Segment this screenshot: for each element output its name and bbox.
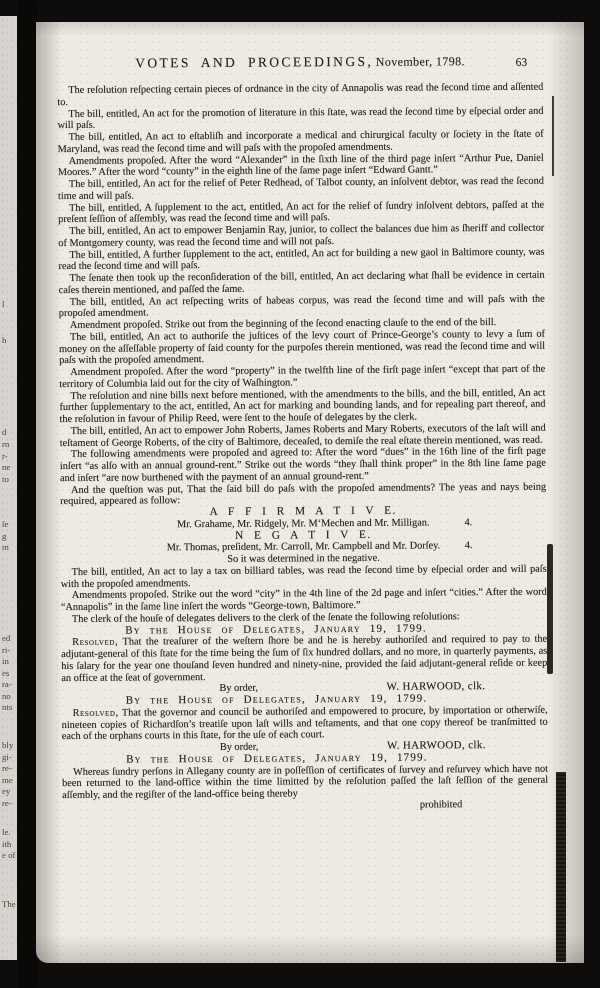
- facing-page-text-fragment: ed: [2, 634, 10, 643]
- vote-count: 4.: [465, 540, 473, 552]
- resolution-paragraph: Resolved, That the governor and council …: [62, 704, 548, 743]
- facing-page-text-fragment: rn: [2, 440, 9, 449]
- clerk-signature: W. HARWOOD, clk.: [387, 740, 486, 752]
- body-paragraph: The bill, entitled, An act to authoriſe …: [59, 328, 545, 367]
- body-paragraph: The following amendments were propoſed a…: [60, 446, 546, 485]
- page-body: The reſolution reſpecting certain pieces…: [57, 82, 548, 814]
- page-date: November, 1798.: [376, 54, 465, 69]
- scan-artifact-streak: [547, 544, 553, 674]
- page-title: VOTES AND PROCEEDINGS,: [135, 54, 373, 71]
- facing-page-text-fragment: ey: [2, 787, 10, 796]
- page-number: 63: [516, 58, 528, 70]
- facing-page-text-fragment: re-: [2, 764, 12, 773]
- body-paragraph: And the queſtion was put, That the ſaid …: [60, 481, 546, 508]
- facing-page-text-fragment: le.: [2, 828, 11, 837]
- facing-page-text-fragment: m: [2, 543, 9, 552]
- facing-page-text-fragment: e of: [2, 851, 15, 860]
- document-page: VOTES AND PROCEEDINGS, November, 1798. 6…: [36, 22, 584, 963]
- facing-page-text-fragment: l: [2, 300, 4, 309]
- resolved-lead: Resolved,: [73, 707, 119, 718]
- body-paragraph: The bill, entitled, A further ſupplement…: [58, 246, 544, 273]
- body-paragraph: Amendments propoſed. Strike out the word…: [61, 587, 547, 614]
- facing-page-text-fragment: gi-: [2, 753, 12, 762]
- running-header: VOTES AND PROCEEDINGS, November, 1798. 6…: [57, 55, 543, 82]
- facing-page-edge: lhdrnr-netoſegmedri-inesra-nontsblygi-re…: [0, 16, 18, 960]
- facing-page-text-fragment: nts: [2, 703, 12, 712]
- body-paragraph: The bill, entitled, An act to empower Be…: [58, 223, 544, 250]
- by-order-label: By order,: [220, 742, 259, 754]
- by-order-label: By order,: [219, 683, 258, 695]
- facing-page-text-fragment: The: [2, 900, 16, 909]
- body-paragraph: The bill, entitled, An act for the promo…: [57, 105, 543, 132]
- facing-page-text-fragment: g: [2, 532, 6, 541]
- facing-page-text-fragment: in: [2, 657, 9, 666]
- clerk-signature: W. HARWOOD, clk.: [386, 681, 485, 693]
- body-paragraph: The bill, entitled, An act reſpecting wr…: [59, 293, 545, 320]
- resolution-paragraph: Resolved, That the treaſurer of the weſt…: [61, 634, 547, 684]
- facing-page-text-fragment: me: [2, 776, 13, 785]
- facing-page-text-fragment: ne: [2, 463, 10, 472]
- vote-count: 4.: [464, 517, 472, 529]
- facing-page-text-fragment: ra-: [2, 680, 12, 689]
- scan-artifact-streak: [556, 772, 566, 962]
- facing-page-text-fragment: d: [2, 428, 6, 437]
- facing-page-text-fragment: no: [2, 692, 11, 701]
- body-paragraph: The bill, entitled, A ſupplement to the …: [58, 199, 544, 226]
- facing-page-text-fragment: ſe: [2, 520, 8, 529]
- body-paragraph: The ſenate then took up the reconſiderat…: [59, 270, 545, 297]
- body-paragraph: Whereas ſundry perſons in Allegany count…: [62, 763, 548, 802]
- binding-gutter: [17, 0, 37, 988]
- facing-page-text-fragment: re-: [2, 799, 12, 808]
- facing-page-text-fragment: bly: [2, 741, 13, 750]
- resolved-lead: Resolved,: [72, 637, 118, 648]
- scanned-document: { "colors":{"paper":"#edebe3","ink":"#26…: [0, 0, 600, 988]
- body-paragraph: Amendments propoſed. After the word “Ale…: [58, 152, 544, 179]
- body-paragraph: Amendment propoſed. After the word “prop…: [59, 364, 545, 391]
- facing-page-text-fragment: h: [2, 336, 6, 345]
- facing-page-text-fragment: es: [2, 669, 9, 678]
- facing-page-text-fragment: ri-: [2, 646, 10, 655]
- page-content: VOTES AND PROCEEDINGS, November, 1798. 6…: [57, 55, 548, 814]
- facing-page-text-fragment: r-: [2, 452, 8, 461]
- facing-page-text-fragment: ith: [2, 840, 11, 849]
- body-paragraph: The bill, entitled, An act for the relie…: [58, 176, 544, 203]
- body-paragraph: The reſolution and nine bills next befor…: [59, 387, 545, 426]
- facing-page-text-fragment: to: [2, 475, 9, 484]
- scan-artifact-streak: [552, 96, 554, 176]
- body-paragraph: The reſolution reſpecting certain pieces…: [57, 82, 543, 109]
- body-paragraph: The bill, entitled, An act to eſtabliſh …: [58, 129, 544, 156]
